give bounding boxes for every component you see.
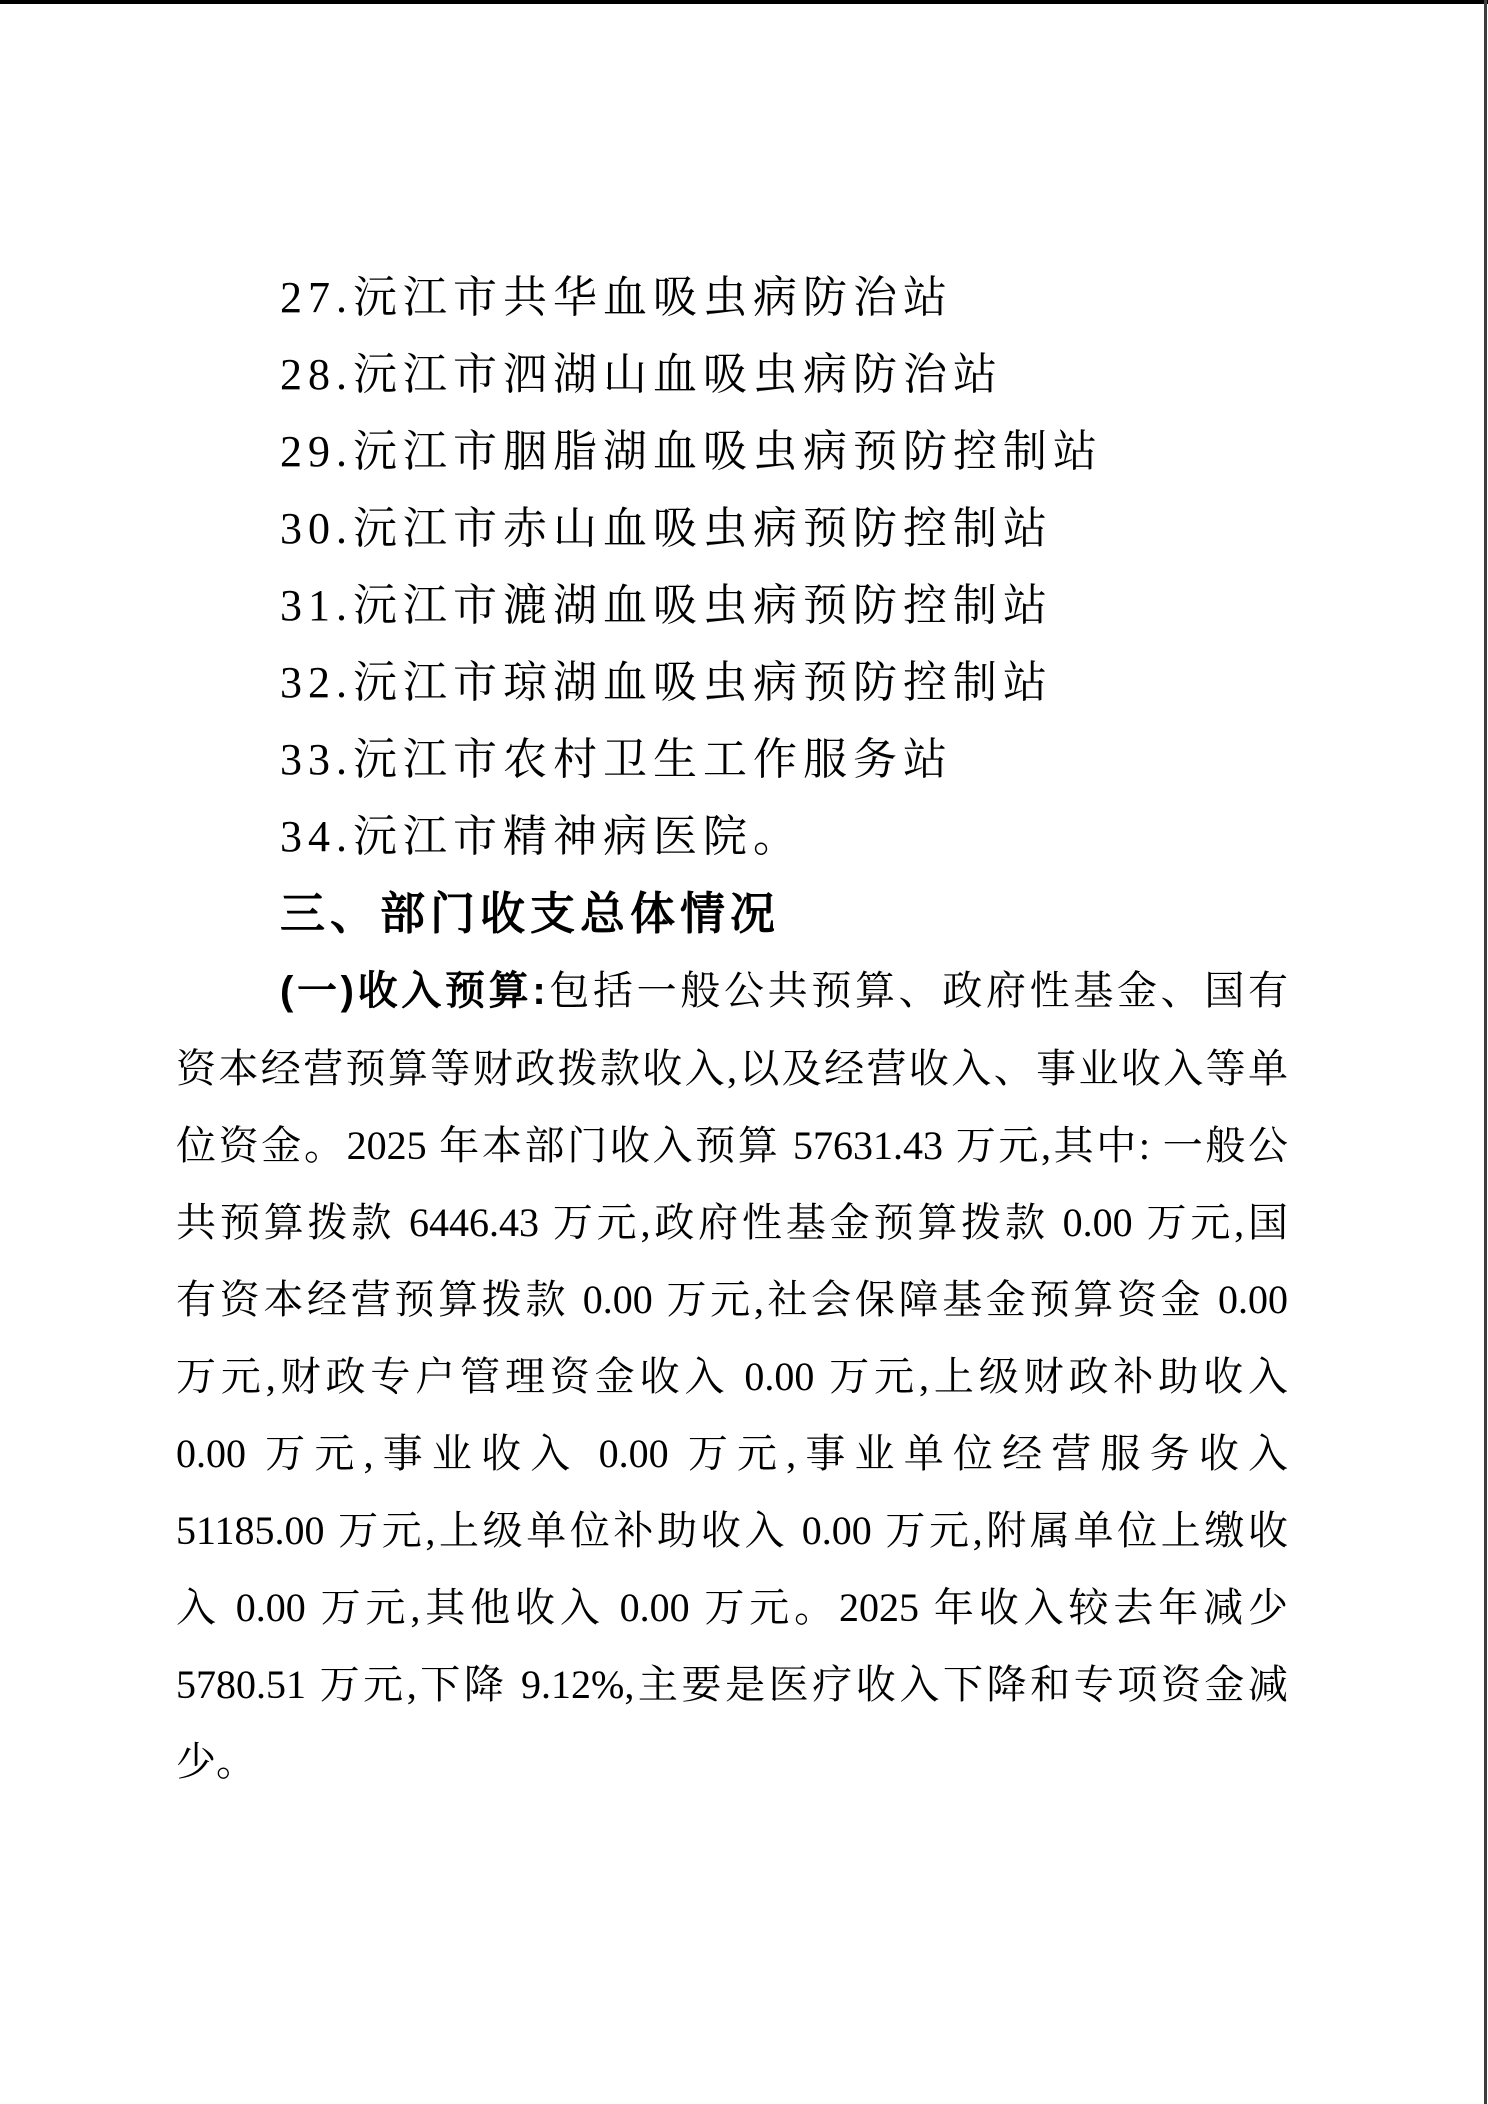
paragraph-line-9: 入 0.00 万元,其他收入 0.00 万元。2025 年收入较去年减少 (176, 1569, 1288, 1646)
paragraph-line-5: 有资本经营预算拨款 0.00 万元,社会保障基金预算资金 0.00 (176, 1261, 1288, 1338)
paragraph-line-6: 万元,财政专户管理资金收入 0.00 万元,上级财政补助收入 (176, 1338, 1288, 1415)
paragraph-line-1: (一)收入预算:包括一般公共预算、政府性基金、国有 (176, 952, 1288, 1030)
list-item-33: 33.沅江市农村卫生工作服务站 (176, 721, 1288, 798)
list-item-29: 29.沅江市胭脂湖血吸虫病预防控制站 (176, 413, 1288, 490)
paragraph-lead-bold: (一)收入预算: (280, 969, 546, 1013)
paragraph-line-4: 共预算拨款 6446.43 万元,政府性基金预算拨款 0.00 万元,国 (176, 1184, 1288, 1261)
page-top-edge (0, 0, 1488, 4)
list-item-32: 32.沅江市琼湖血吸虫病预防控制站 (176, 644, 1288, 721)
paragraph-line-7: 0.00 万元,事业收入 0.00 万元,事业单位经营服务收入 (176, 1415, 1288, 1492)
list-item-34: 34.沅江市精神病医院。 (176, 798, 1288, 875)
paragraph-line-11: 少。 (176, 1723, 1288, 1800)
document-content: 27.沅江市共华血吸虫病防治站 28.沅江市泗湖山血吸虫病防治站 29.沅江市胭… (176, 259, 1288, 1800)
list-item-27: 27.沅江市共华血吸虫病防治站 (176, 259, 1288, 336)
section-heading: 三、部门收支总体情况 (176, 875, 1288, 952)
paragraph-line-2: 资本经营预算等财政拨款收入,以及经营收入、事业收入等单 (176, 1030, 1288, 1107)
list-item-31: 31.沅江市漉湖血吸虫病预防控制站 (176, 567, 1288, 644)
list-item-30: 30.沅江市赤山血吸虫病预防控制站 (176, 490, 1288, 567)
paragraph-line-8: 51185.00 万元,上级单位补助收入 0.00 万元,附属单位上缴收 (176, 1492, 1288, 1569)
list-item-28: 28.沅江市泗湖山血吸虫病防治站 (176, 336, 1288, 413)
paragraph-line-1-rest: 包括一般公共预算、政府性基金、国有 (546, 968, 1288, 1013)
document-page: 27.沅江市共华血吸虫病防治站 28.沅江市泗湖山血吸虫病防治站 29.沅江市胭… (0, 0, 1488, 2104)
page-right-edge (1484, 0, 1487, 2104)
paragraph-line-10: 5780.51 万元,下降 9.12%,主要是医疗收入下降和专项资金减 (176, 1646, 1288, 1723)
paragraph-line-3: 位资金。2025 年本部门收入预算 57631.43 万元,其中: 一般公 (176, 1107, 1288, 1184)
